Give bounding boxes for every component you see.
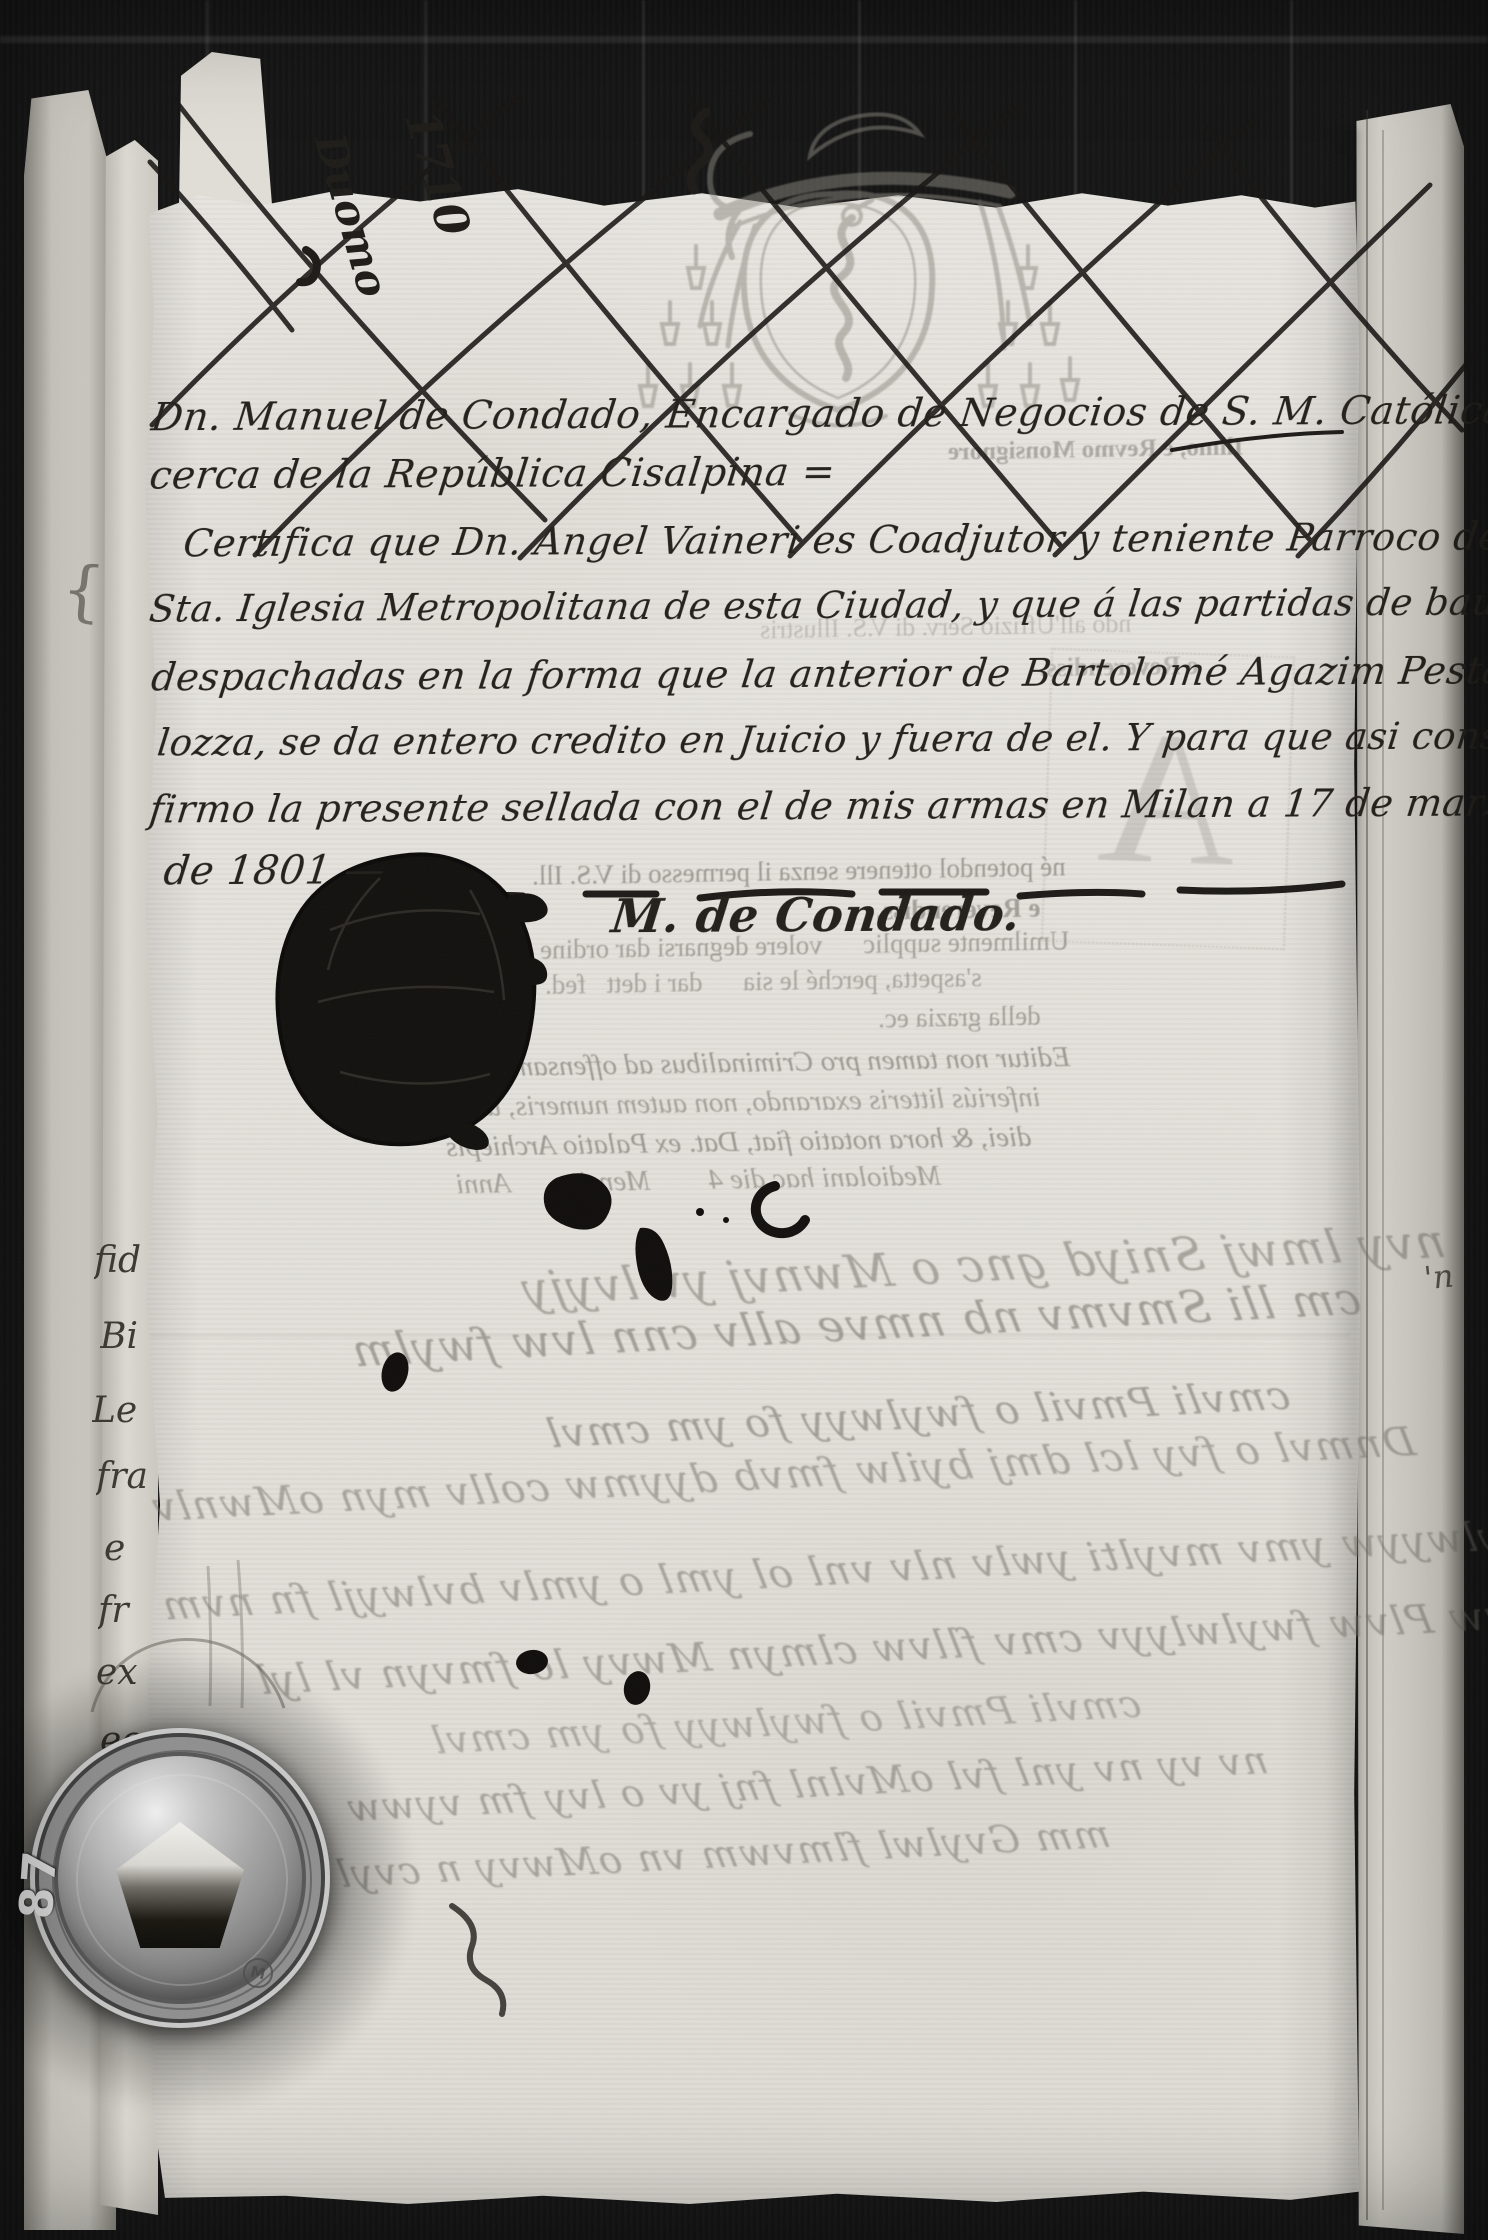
manuscript-line: lozza, se da entero credito en Juicio y … <box>155 714 1488 764</box>
photo: Illmo, e Revmo Monsignore ndo all'Uffizi… <box>0 0 1488 2240</box>
margin-fragment: e <box>104 1528 166 1569</box>
manuscript-line: firmo la presente sellada con el de mis … <box>147 780 1488 831</box>
manuscript-line: Sta. Iglesia Metropolitana de esta Ciuda… <box>147 580 1488 631</box>
margin-fragment: Le <box>92 1390 154 1431</box>
manuscript-line: despachadas en la forma que la anterior … <box>149 648 1488 699</box>
disc-number: 87 <box>9 1845 68 1921</box>
manuscript-line: Dn. Manuel de Condado, Encargado de Nego… <box>149 388 1488 440</box>
margin-fragment: fr <box>98 1590 160 1631</box>
margin-fragment: fid <box>94 1240 156 1281</box>
edge-note: 'n <box>1422 1257 1455 1298</box>
signature: M. de Condado. <box>609 887 1024 943</box>
manuscript-line: Certifica que Dn. Angel Vaineri es Coadj… <box>181 514 1488 565</box>
margin-fragment: fra <box>96 1456 158 1497</box>
margin-fragment: ex <box>96 1652 158 1693</box>
wax-seal <box>277 854 547 1150</box>
margin-bracket: { <box>58 550 108 631</box>
pencil-lines <box>208 1560 243 1708</box>
margin-fragment: Bi <box>100 1316 162 1357</box>
manuscript-line: de 1801 — <box>161 847 388 894</box>
ink-blot-ring <box>756 1186 805 1233</box>
manuscript-line: cerca de la República Cisalpina = <box>147 450 838 499</box>
ink-blots <box>378 1173 729 1707</box>
